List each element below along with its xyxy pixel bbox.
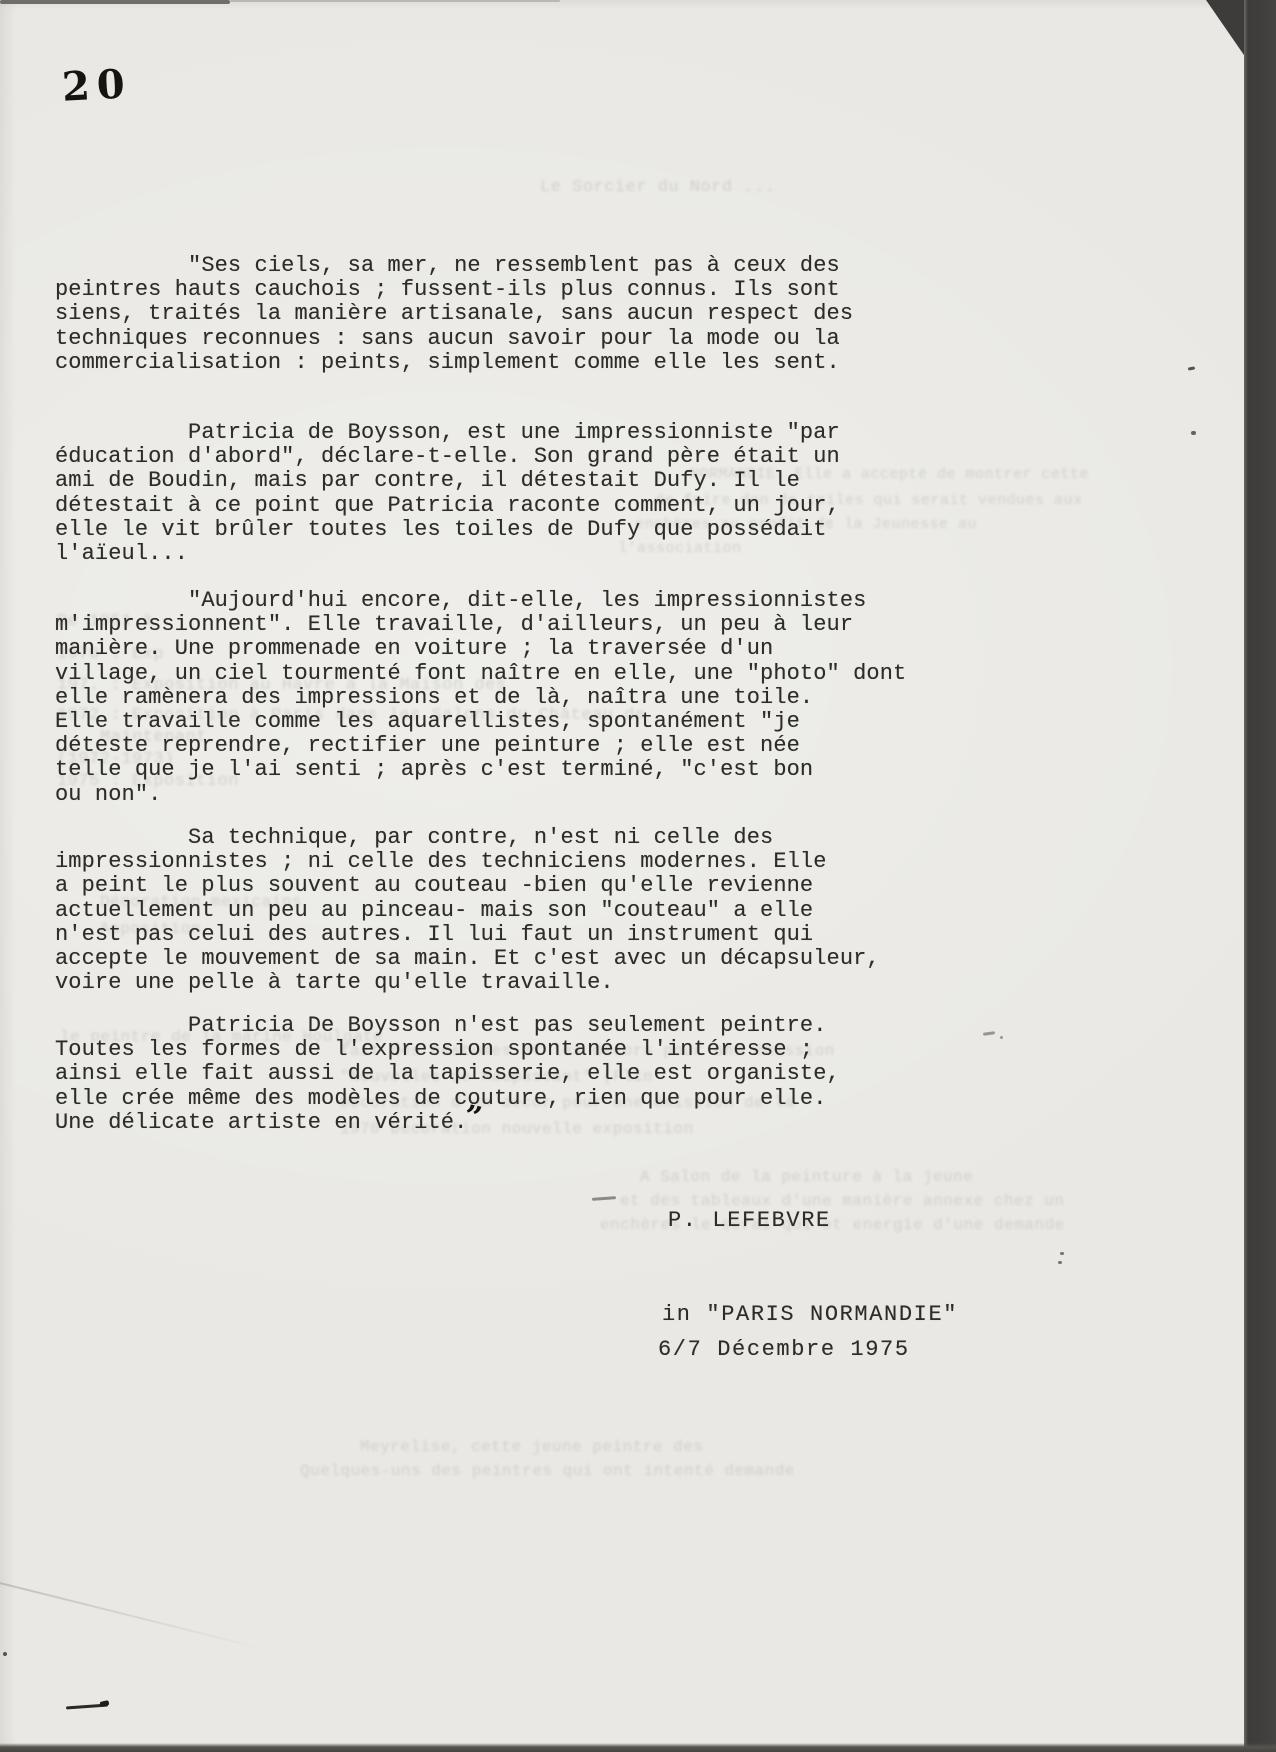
ink-speck [1060, 1252, 1064, 1255]
document-page: Le Sorcier du Nord ...NORMANDIE. Elle a … [0, 0, 1276, 1752]
ink-speck [1000, 1036, 1003, 1039]
scan-top-line [0, 0, 230, 4]
ink-speck [3, 1652, 7, 1656]
pen-stroke [100, 1700, 110, 1707]
ink-speck [1188, 366, 1195, 370]
pen-dash [592, 1196, 616, 1201]
marks-layer [0, 0, 1276, 1752]
ink-speck [1191, 431, 1196, 435]
scan-dark-edge [1244, 0, 1276, 1752]
pen-dash [983, 1031, 995, 1035]
scan-top-line [230, 0, 560, 2]
scan-bottom-edge [0, 1743, 1276, 1752]
ink-speck [1058, 1261, 1062, 1264]
